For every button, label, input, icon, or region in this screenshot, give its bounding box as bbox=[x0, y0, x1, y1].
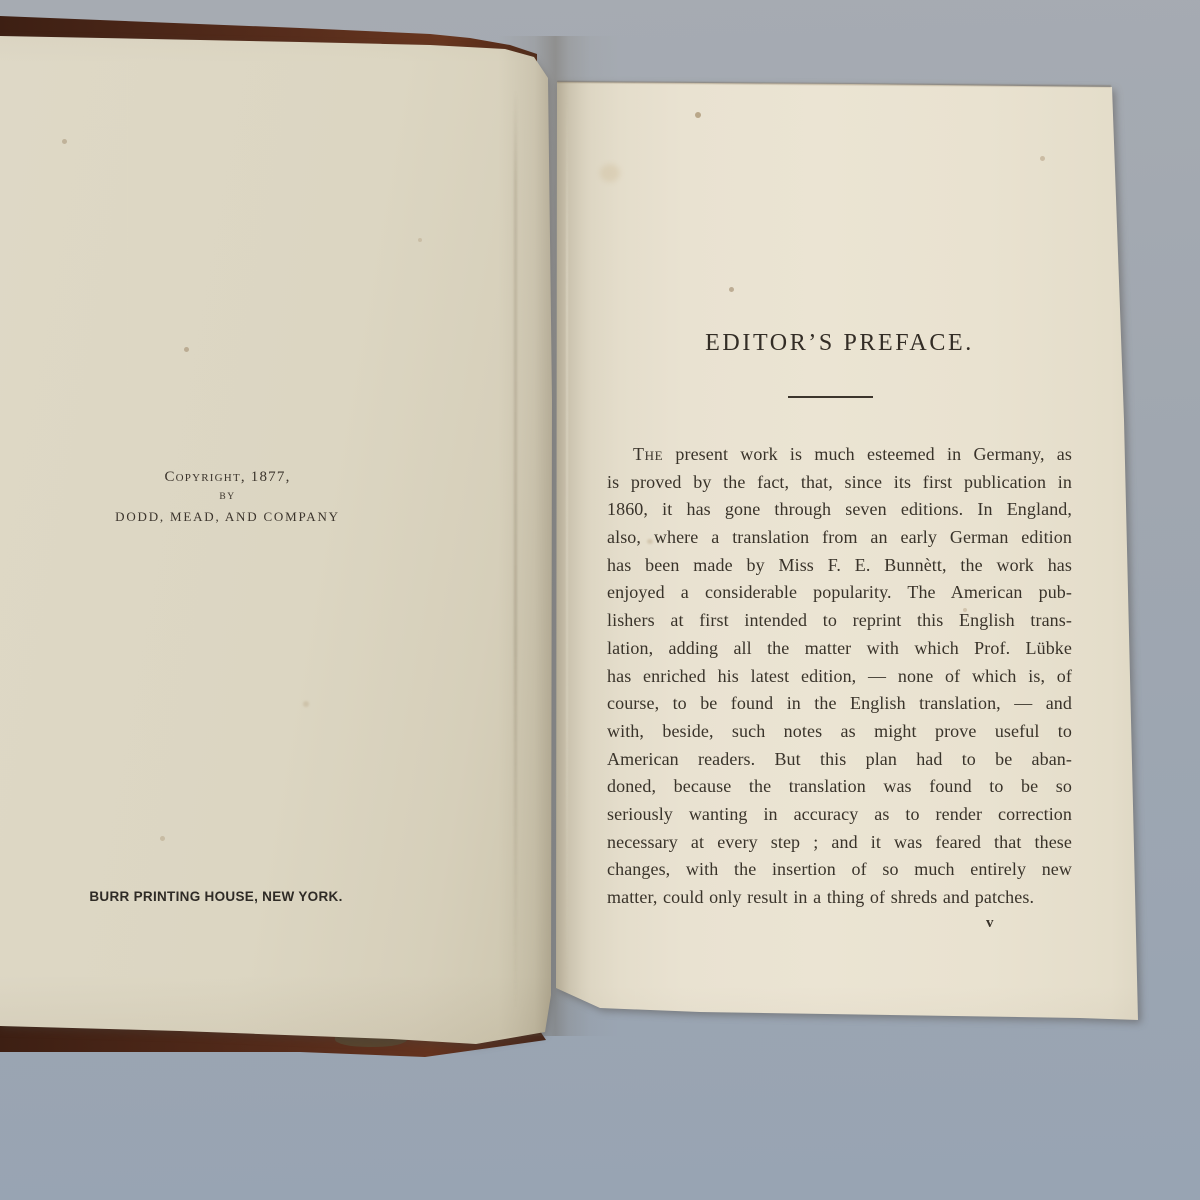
lead-word: The bbox=[633, 444, 663, 464]
foxing-spot bbox=[600, 164, 620, 182]
page-title: EDITOR’S PREFACE. bbox=[607, 330, 1072, 357]
title-rule bbox=[788, 396, 873, 398]
preface-line-text: present work is much esteemed in Germany… bbox=[675, 444, 1072, 464]
preface-line: is proved by the fact, that, since its f… bbox=[607, 469, 1072, 497]
preface-line: seriously wanting in accuracy as to rend… bbox=[607, 801, 1072, 829]
preface-line: changes, with the insertion of so much e… bbox=[607, 856, 1072, 884]
right-page-crease-highlight bbox=[566, 95, 568, 985]
preface-line: course, to be found in the English trans… bbox=[607, 690, 1072, 718]
cover-wear-patch bbox=[335, 1030, 407, 1047]
foxing-spot bbox=[184, 347, 189, 352]
preface-line: 1860, it has gone through seven editions… bbox=[607, 496, 1072, 524]
preface-line: lishers at first intended to reprint thi… bbox=[607, 607, 1072, 635]
preface-line: doned, because the translation was found… bbox=[607, 773, 1072, 801]
foxing-spot bbox=[303, 701, 309, 707]
publisher-line: DODD, MEAD, AND COMPANY bbox=[85, 508, 370, 525]
right-page-top-edge bbox=[557, 81, 1111, 87]
left-page-crease bbox=[514, 90, 517, 1010]
preface-line: American readers. But this plan had to b… bbox=[607, 746, 1072, 774]
foxing-spot bbox=[160, 836, 165, 841]
copyright-block: Copyright, 1877, BY DODD, MEAD, AND COMP… bbox=[85, 468, 370, 525]
preface-line: enjoyed a considerable popularity. The A… bbox=[607, 579, 1072, 607]
foxing-spot bbox=[418, 238, 422, 242]
preface-line: lation, adding all the matter with which… bbox=[607, 635, 1072, 663]
preface-line: has enriched his latest edition, — none … bbox=[607, 663, 1072, 691]
book-photo: Copyright, 1877, BY DODD, MEAD, AND COMP… bbox=[0, 0, 1200, 1200]
copyright-by-line: BY bbox=[85, 490, 370, 504]
preface-line: necessary at every step ; and it was fea… bbox=[607, 829, 1072, 857]
copyright-line: Copyright, 1877, bbox=[85, 468, 370, 487]
printer-imprint: BURR PRINTING HOUSE, NEW YORK. bbox=[88, 889, 344, 904]
foxing-spot bbox=[62, 139, 67, 144]
preface-line: has been made by Miss F. E. Bunnètt, the… bbox=[607, 552, 1072, 580]
foxing-spot bbox=[695, 112, 701, 118]
foxing-spot bbox=[1040, 156, 1045, 161]
book-cover-top-edge bbox=[0, 12, 540, 62]
preface-body: The present work is much esteemed in Ger… bbox=[607, 441, 1072, 912]
page-number: v bbox=[986, 915, 1016, 932]
book-cover-bottom-edge bbox=[0, 1018, 552, 1066]
foxing-spot bbox=[729, 287, 734, 292]
preface-line: matter, could only result in a thing of … bbox=[607, 884, 1072, 912]
preface-line: also, where a translation from an early … bbox=[607, 524, 1072, 552]
preface-line: with, beside, such notes as might prove … bbox=[607, 718, 1072, 746]
preface-line: The present work is much esteemed in Ger… bbox=[607, 441, 1072, 469]
